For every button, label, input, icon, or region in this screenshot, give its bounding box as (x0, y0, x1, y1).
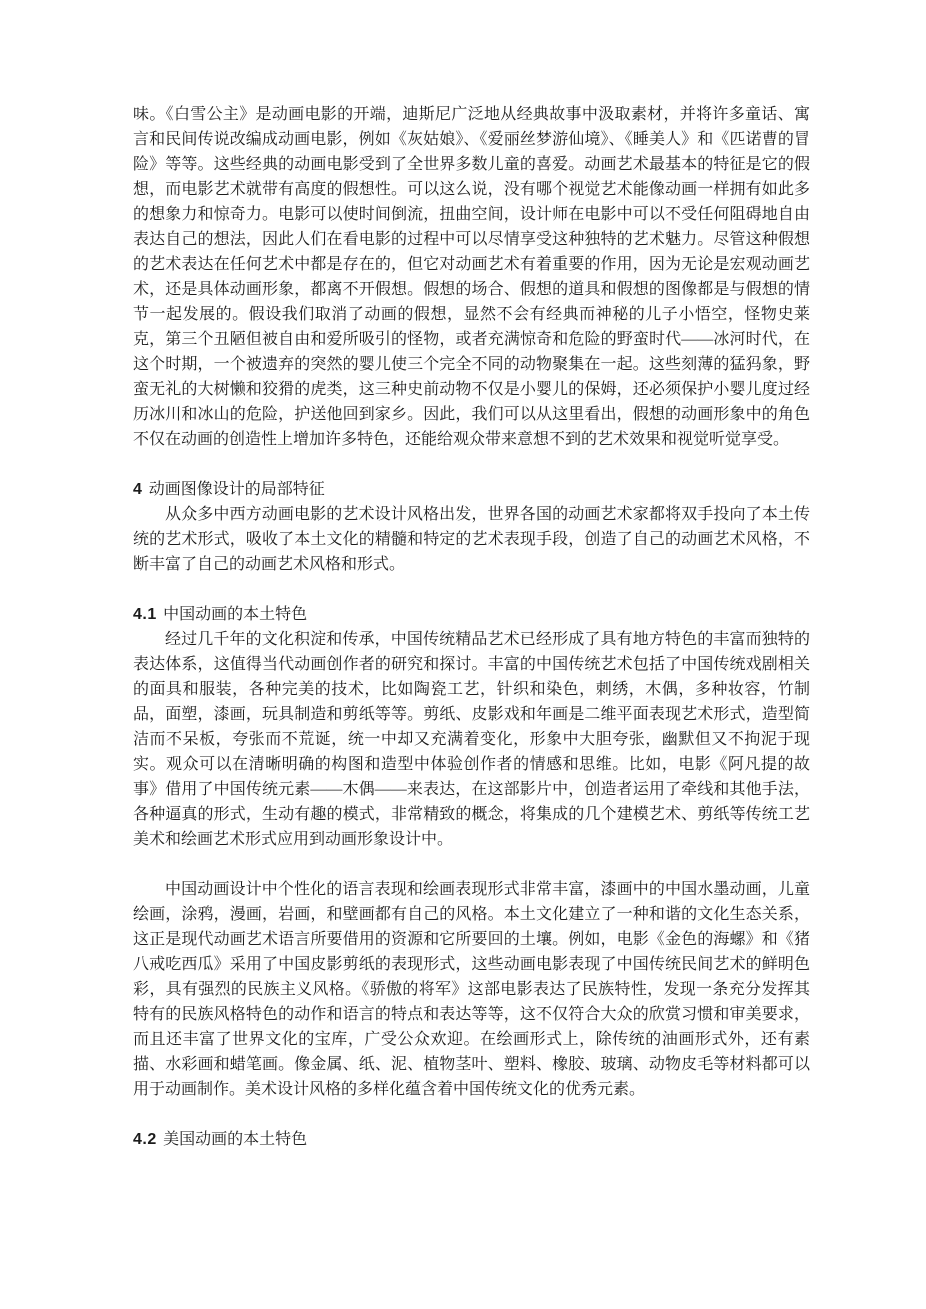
document-page: 味。《白雪公主》是动画电影的开端，迪斯尼广泛地从经典故事中汲取素材，并将许多童话… (0, 0, 926, 1309)
paragraph: 经过几千年的文化积淀和传承，中国传统精品艺术已经形成了具有地方特色的丰富而独特的… (133, 627, 810, 852)
paragraph: 中国动画设计中个性化的语言表现和绘画表现形式非常丰富，漆画中的中国水墨动画，儿童… (133, 877, 810, 1102)
section-number: 4 (133, 481, 142, 498)
section-title: 中国动画的本土特色 (163, 606, 307, 623)
section-heading: 4.2美国动画的本土特色 (133, 1127, 810, 1152)
paragraph: 从众多中西方动画电影的艺术设计风格出发，世界各国的动画艺术家都将双手投向了本土传… (133, 502, 810, 577)
section-title: 美国动画的本土特色 (163, 1131, 307, 1148)
section-number: 4.2 (133, 1131, 157, 1148)
section-number: 4.1 (133, 606, 157, 623)
section-heading: 4动画图像设计的局部特征 (133, 477, 810, 502)
section-heading: 4.1中国动画的本土特色 (133, 602, 810, 627)
paragraph: 味。《白雪公主》是动画电影的开端，迪斯尼广泛地从经典故事中汲取素材，并将许多童话… (133, 102, 810, 452)
document-content: 味。《白雪公主》是动画电影的开端，迪斯尼广泛地从经典故事中汲取素材，并将许多童话… (133, 102, 810, 1152)
section-title: 动画图像设计的局部特征 (149, 481, 325, 498)
